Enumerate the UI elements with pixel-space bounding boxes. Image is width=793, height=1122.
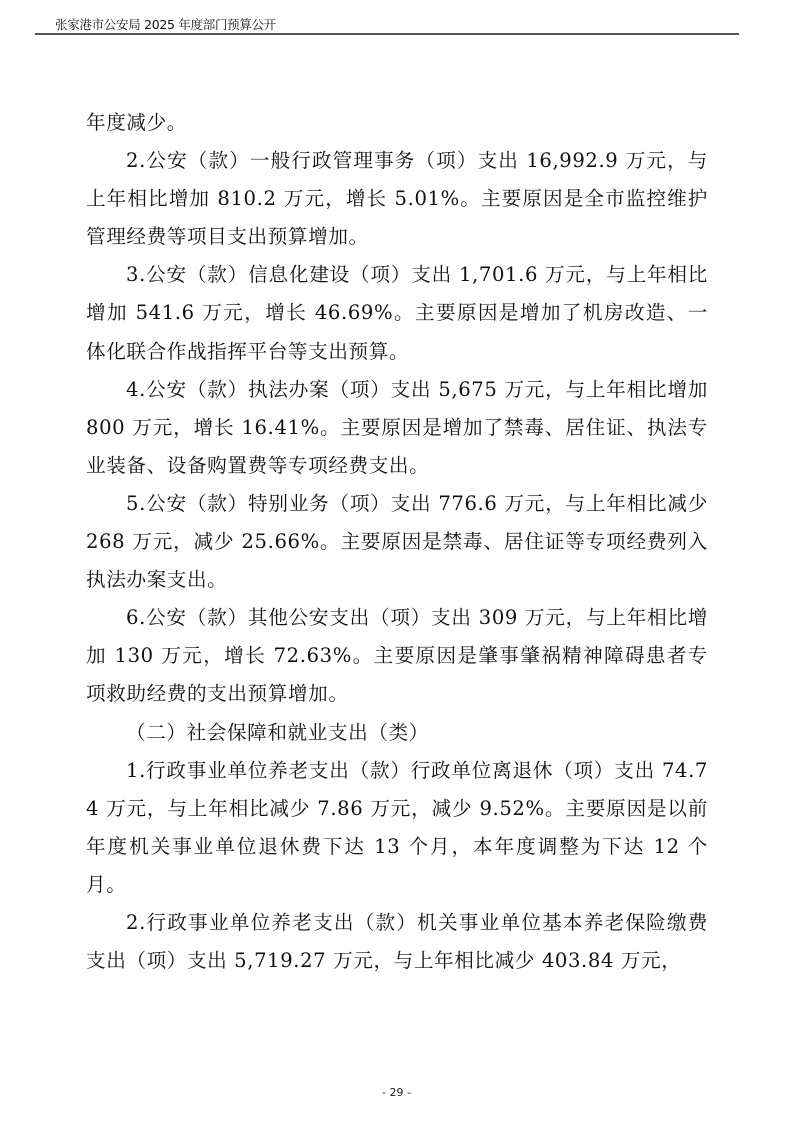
document-title: 张家港市公安局 2025 年度部门预算公开 <box>55 16 276 33</box>
paragraph-item-police-special-business: 5.公安（款）特别业务（项）支出 776.6 万元，与上年相比减少 268 万元… <box>86 485 708 599</box>
paragraph-item-police-general-admin: 2.公安（款）一般行政管理事务（项）支出 16,992.9 万元，与上年相比增加… <box>86 142 708 256</box>
paragraph-item-police-it-construction: 3.公安（款）信息化建设（项）支出 1,701.6 万元，与上年相比增加 541… <box>86 256 708 370</box>
page-header: 张家港市公安局 2025 年度部门预算公开 <box>54 16 744 33</box>
paragraph-item-retirement: 1.行政事业单位养老支出（款）行政单位离退休（项）支出 74.74 万元，与上年… <box>86 752 708 904</box>
paragraph-item-police-other: 6.公安（款）其他公安支出（项）支出 309 万元，与上年相比增加 130 万元… <box>86 599 708 713</box>
paragraph-item-police-law-enforcement: 4.公安（款）执法办案（项）支出 5,675 万元，与上年相比增加 800 万元… <box>86 371 708 485</box>
document-body: 年度减少。 2.公安（款）一般行政管理事务（项）支出 16,992.9 万元，与… <box>86 104 708 980</box>
page-number: - 29 - <box>0 1086 793 1099</box>
paragraph-item-pension-insurance: 2.行政事业单位养老支出（款）机关事业单位基本养老保险缴费支出（项）支出 5,7… <box>86 904 708 980</box>
header-divider <box>35 33 739 35</box>
section-heading-social-security: （二）社会保障和就业支出（类） <box>86 714 708 752</box>
paragraph-continuation: 年度减少。 <box>86 104 708 142</box>
